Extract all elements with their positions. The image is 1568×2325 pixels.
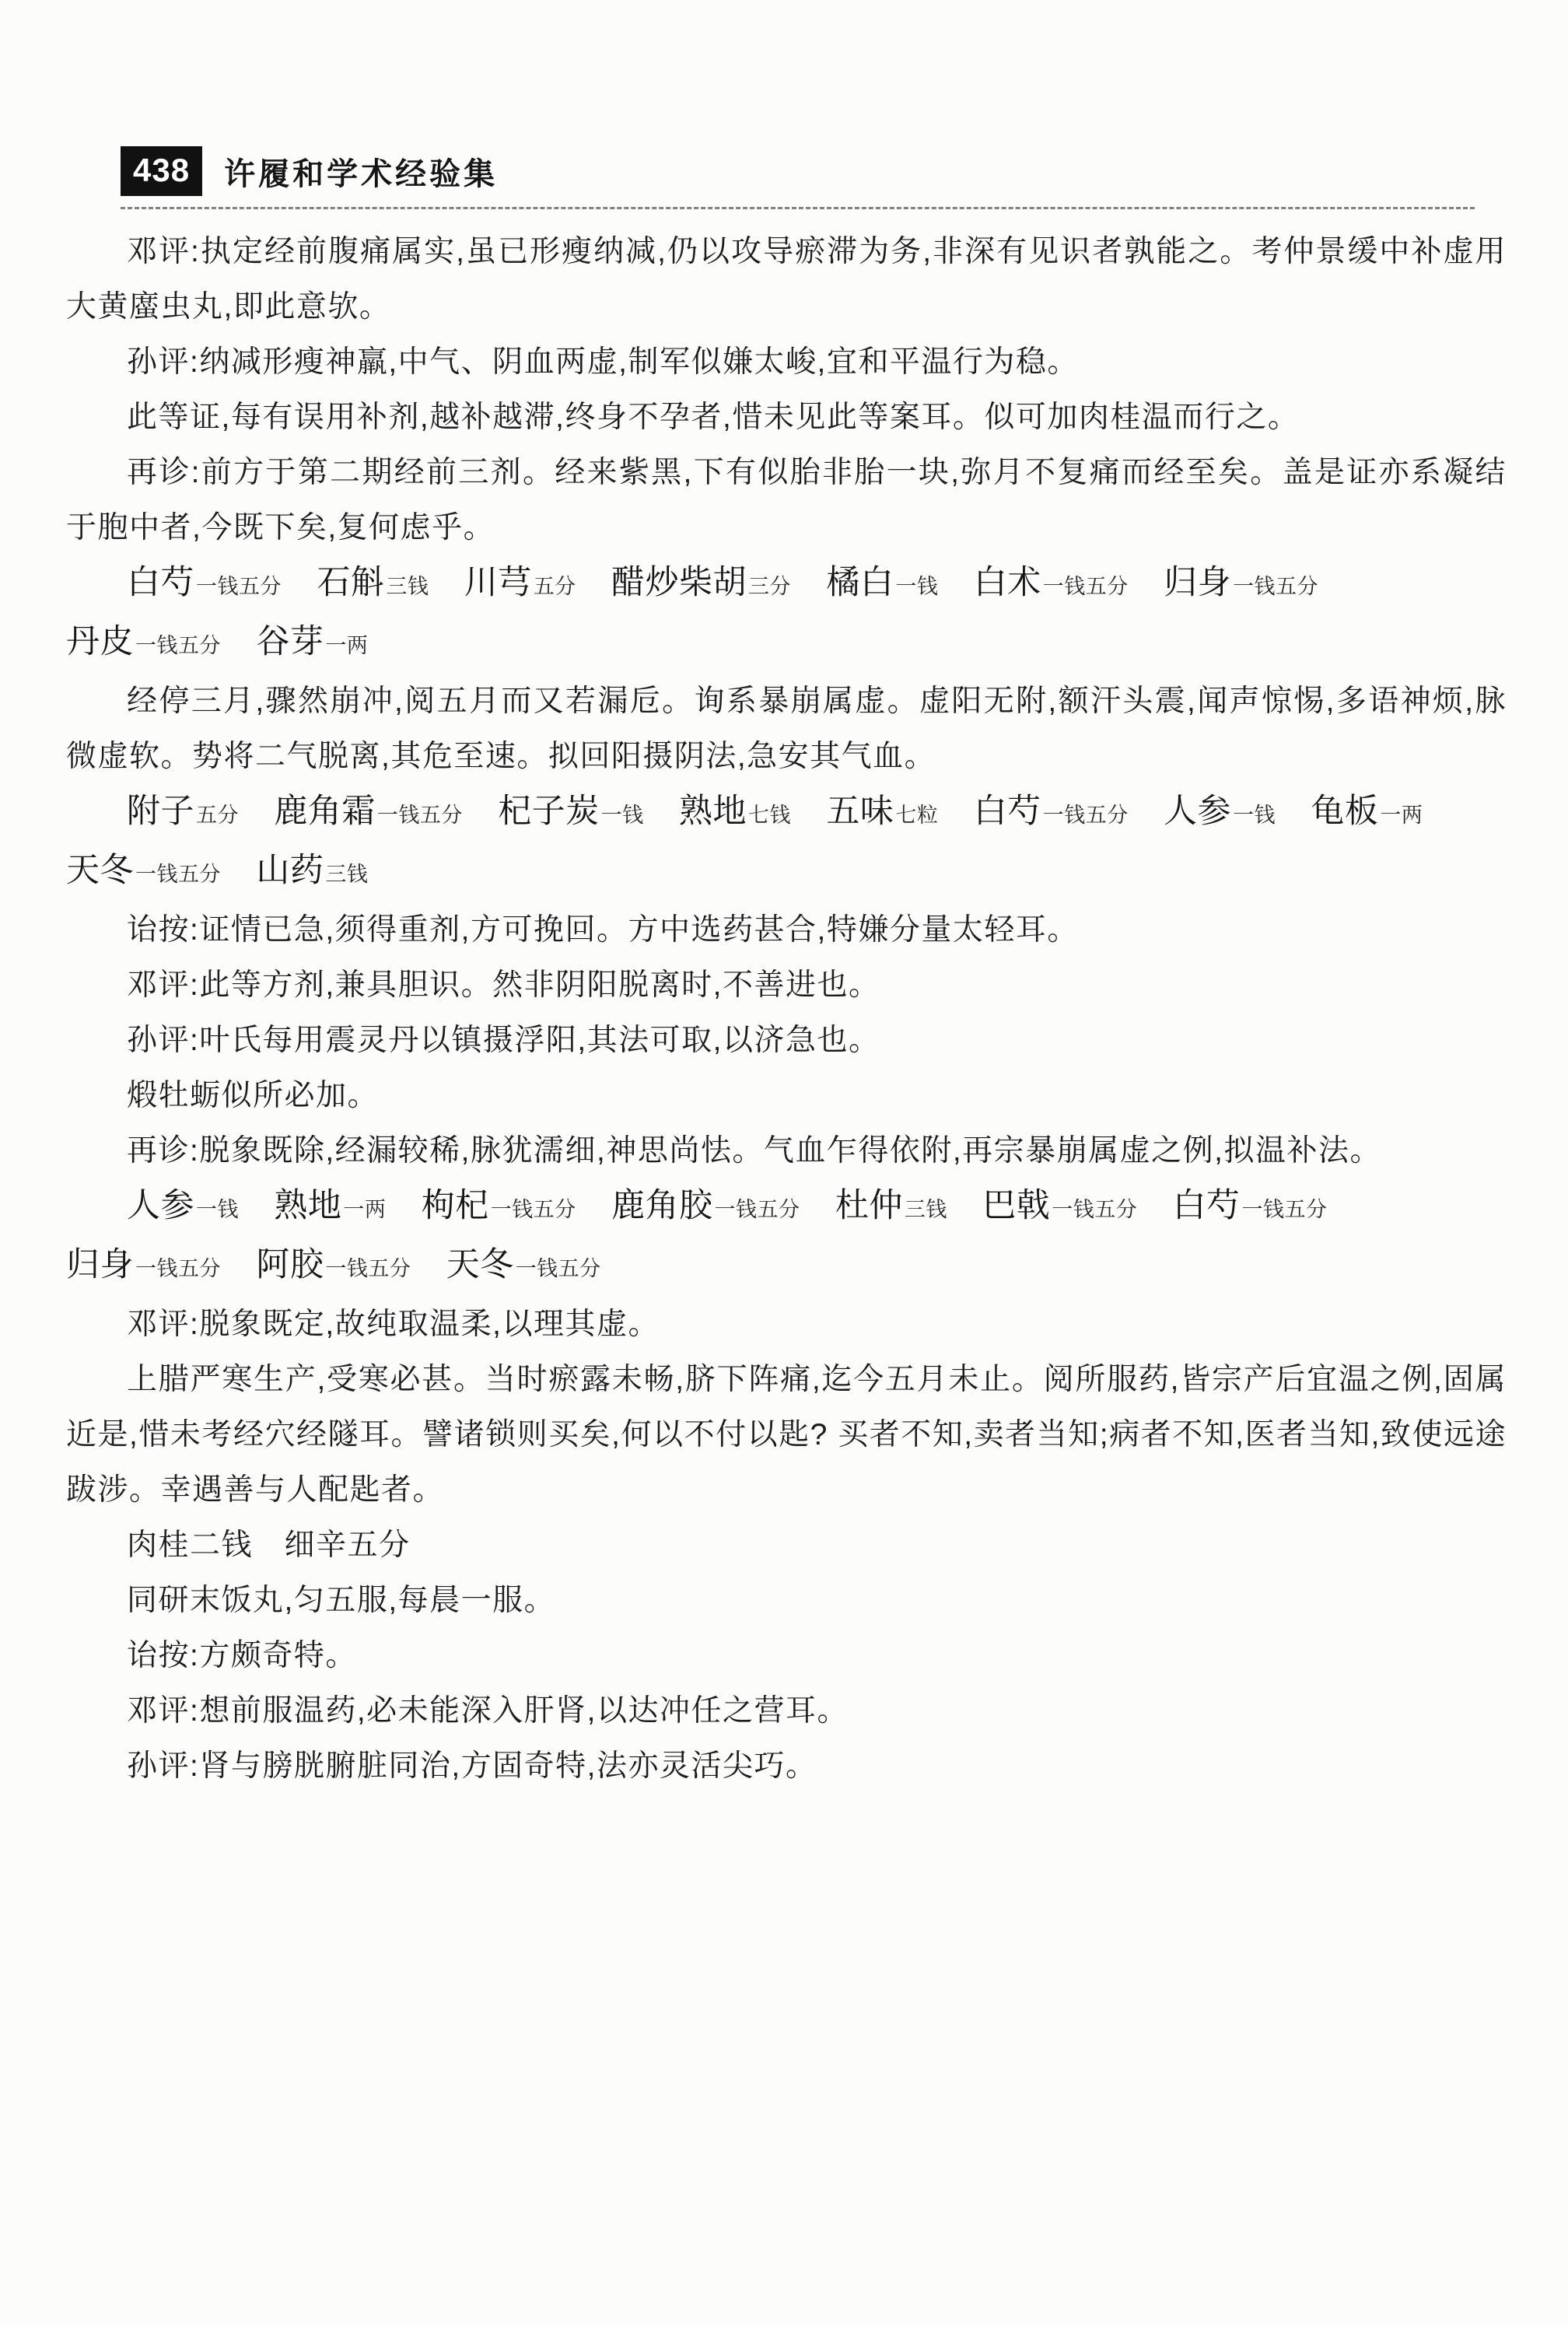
drug-name: 五味	[826, 793, 894, 830]
drug-dose: 一钱五分	[1233, 575, 1318, 598]
drug-name: 白芍	[127, 564, 194, 601]
drug-dose: 一钱五分	[135, 863, 221, 886]
drug-item: 天冬一钱五分	[446, 1249, 601, 1283]
paragraph-sun-comment: 孙评:纳减形瘦神羸,中气、阴血两虚,制军似嫌太峻,宜和平温行为稳。	[66, 334, 1507, 390]
prescription-2: 附子五分 鹿角霜一钱五分 杞子炭一钱 熟地七钱 五味七粒 白芍一钱五分 人参一钱…	[66, 784, 1507, 902]
drug-name: 天冬	[66, 852, 134, 889]
drug-item: 枸杞一钱五分	[422, 1190, 576, 1224]
drug-dose: 一钱五分	[715, 1198, 800, 1221]
drug-item: 橘白一钱	[826, 567, 938, 601]
drug-name: 熟地	[274, 1187, 341, 1224]
drug-item: 附子五分	[127, 796, 239, 829]
page-number-badge: 438	[121, 146, 202, 196]
drug-dose: 一两	[343, 1198, 386, 1221]
paragraph-yi-comment: 诒按:证情已急,须得重剂,方可挽回。方中选药甚合,特嫌分量太轻耳。	[66, 902, 1507, 958]
paragraph-case-postpartum: 上腊严寒生产,受寒必甚。当时瘀露未畅,脐下阵痛,迄今五月未止。阅所服药,皆宗产后…	[66, 1352, 1507, 1518]
drug-item: 丹皮一钱五分	[66, 626, 221, 660]
drug-name: 人参	[127, 1187, 194, 1224]
paragraph-deng-comment-3: 邓评:脱象既定,故纯取温柔,以理其虚。	[66, 1297, 1507, 1352]
drug-item: 白芍一钱五分	[1173, 1190, 1328, 1224]
drug-name: 山药	[256, 852, 324, 889]
drug-item: 鹿角胶一钱五分	[611, 1190, 800, 1224]
page-body: 邓评:执定经前腹痛属实,虽已形瘦纳减,仍以攻导瘀滞为务,非深有见识者孰能之。考仲…	[66, 224, 1507, 1794]
drug-item: 川芎五分	[464, 567, 576, 601]
drug-name: 鹿角胶	[611, 1187, 713, 1224]
drug-item: 熟地七钱	[679, 796, 791, 829]
paragraph-sun-comment-3: 孙评:肾与膀胱腑脏同治,方固奇特,法亦灵活尖巧。	[66, 1738, 1507, 1794]
drug-dose: 一钱	[895, 575, 938, 598]
drug-dose: 一钱	[1233, 804, 1276, 827]
drug-item: 谷芽一两	[256, 626, 368, 660]
prescription-4: 肉桂二钱 细辛五分	[66, 1518, 1507, 1573]
drug-name: 熟地	[679, 793, 747, 830]
paragraph-deng-comment-2: 邓评:此等方剂,兼具胆识。然非阴阳脱离时,不善进也。	[66, 958, 1507, 1013]
drug-item: 巴戟一钱五分	[982, 1190, 1137, 1224]
drug-dose: 一钱五分	[196, 575, 282, 598]
drug-item: 人参一钱	[127, 1190, 239, 1224]
drug-name: 鹿角霜	[274, 793, 376, 830]
drug-dose: 三钱	[905, 1198, 947, 1221]
drug-dose: 一钱五分	[377, 804, 463, 827]
paragraph-deng-comment-4: 邓评:想前服温药,必未能深入肝肾,以达冲任之营耳。	[66, 1683, 1507, 1738]
drug-name: 阿胶	[256, 1246, 324, 1283]
drug-item: 归身一钱五分	[1164, 567, 1318, 601]
paragraph-second-visit: 再诊:前方于第二期经前三剂。经来紫黑,下有似胎非胎一块,弥月不复痛而经至矣。盖是…	[66, 445, 1507, 555]
drug-name: 天冬	[446, 1246, 514, 1283]
drug-item: 阿胶一钱五分	[256, 1249, 411, 1283]
drug-name: 归身	[1164, 564, 1231, 601]
drug-name: 龟板	[1311, 793, 1378, 830]
drug-dose: 一钱五分	[1043, 575, 1129, 598]
book-page: 438 许履和学术经验集 邓评:执定经前腹痛属实,虽已形瘦纳减,仍以攻导瘀滞为务…	[0, 0, 1568, 2325]
drug-dose: 一钱五分	[325, 1257, 411, 1280]
paragraph-case-note: 此等证,每有误用补剂,越补越滞,终身不孕者,惜未见此等案耳。似可加肉桂温而行之。	[66, 390, 1507, 445]
drug-dose: 三钱	[325, 863, 368, 886]
drug-dose: 一钱	[601, 804, 644, 827]
drug-item: 龟板一两	[1311, 796, 1423, 829]
drug-item: 白芍一钱五分	[127, 567, 282, 601]
drug-item: 白芍一钱五分	[974, 796, 1129, 829]
paragraph-deng-comment: 邓评:执定经前腹痛属实,虽已形瘦纳减,仍以攻导瘀滞为务,非深有见识者孰能之。考仲…	[66, 224, 1507, 334]
header-rule	[121, 207, 1475, 209]
drug-name: 杞子炭	[498, 793, 600, 830]
drug-name: 附子	[127, 793, 194, 830]
drug-name: 杜仲	[835, 1187, 903, 1224]
drug-name: 人参	[1164, 793, 1231, 830]
drug-dose: 七粒	[895, 804, 938, 827]
drug-dose: 三分	[748, 575, 791, 598]
prescription-1: 白芍一钱五分 石斛三钱 川芎五分 醋炒柴胡三分 橘白一钱 白术一钱五分 归身一钱…	[66, 555, 1507, 674]
drug-dose: 一钱五分	[516, 1257, 601, 1280]
drug-item: 石斛三钱	[317, 567, 429, 601]
drug-item: 熟地一两	[274, 1190, 386, 1224]
paragraph-usage-instruction: 同研末饭丸,匀五服,每晨一服。	[66, 1573, 1507, 1628]
drug-item: 杜仲三钱	[835, 1190, 947, 1224]
drug-dose: 三钱	[386, 575, 429, 598]
drug-dose: 一两	[325, 634, 368, 657]
drug-item: 五味七粒	[826, 796, 938, 829]
drug-name: 巴戟	[982, 1187, 1050, 1224]
page-header: 438 许履和学术经验集	[121, 146, 1475, 209]
drug-name: 枸杞	[422, 1187, 489, 1224]
drug-name: 川芎	[464, 564, 532, 601]
paragraph-case-amenorrhea: 经停三月,骤然崩冲,阅五月而又若漏卮。询系暴崩属虚。虚阳无附,额汗头震,闻声惊惕…	[66, 674, 1507, 784]
drug-dose: 一两	[1380, 804, 1423, 827]
drug-dose: 一钱五分	[135, 1257, 221, 1280]
drug-name: 醋炒柴胡	[611, 564, 747, 601]
drug-item: 鹿角霜一钱五分	[274, 796, 463, 829]
drug-name: 白术	[974, 564, 1041, 601]
prescription-3: 人参一钱 熟地一两 枸杞一钱五分 鹿角胶一钱五分 杜仲三钱 巴戟一钱五分 白芍一…	[66, 1178, 1507, 1297]
paragraph-oyster-note: 煅牡蛎似所必加。	[66, 1068, 1507, 1123]
drug-item: 天冬一钱五分	[66, 855, 221, 888]
paragraph-sun-comment-2: 孙评:叶氏每用震灵丹以镇摄浮阳,其法可取,以济急也。	[66, 1013, 1507, 1068]
drug-name: 白芍	[1173, 1187, 1241, 1224]
drug-name: 白芍	[974, 793, 1041, 830]
paragraph-yi-comment-2: 诒按:方颇奇特。	[66, 1628, 1507, 1683]
drug-item: 杞子炭一钱	[498, 796, 644, 829]
drug-dose: 一钱五分	[135, 634, 221, 657]
drug-item: 白术一钱五分	[974, 567, 1129, 601]
drug-name: 谷芽	[256, 623, 324, 660]
paragraph-second-visit-2: 再诊:脱象既除,经漏较稀,脉犹濡细,神思尚怯。气血乍得依附,再宗暴崩属虚之例,拟…	[66, 1123, 1507, 1178]
drug-dose: 一钱五分	[1242, 1198, 1328, 1221]
drug-dose: 一钱五分	[1052, 1198, 1137, 1221]
drug-dose: 七钱	[748, 804, 791, 827]
drug-item: 人参一钱	[1164, 796, 1276, 829]
drug-dose: 五分	[534, 575, 576, 598]
drug-name: 归身	[66, 1246, 134, 1283]
drug-name: 橘白	[826, 564, 894, 601]
drug-item: 山药三钱	[256, 855, 368, 888]
drug-dose: 一钱五分	[1043, 804, 1129, 827]
book-title: 许履和学术经验集	[224, 149, 498, 194]
drug-item: 醋炒柴胡三分	[611, 567, 791, 601]
drug-dose: 一钱	[196, 1198, 239, 1221]
drug-name: 丹皮	[66, 623, 134, 660]
drug-item: 归身一钱五分	[66, 1249, 221, 1283]
drug-dose: 一钱五分	[491, 1198, 576, 1221]
drug-dose: 五分	[196, 804, 239, 827]
drug-name: 石斛	[317, 564, 384, 601]
